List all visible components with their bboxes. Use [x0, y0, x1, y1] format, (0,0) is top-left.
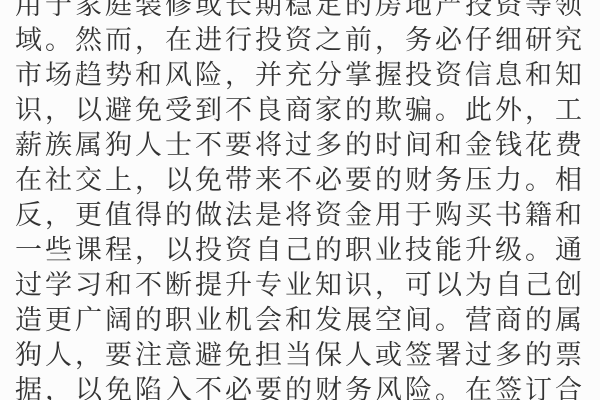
article-page: 用于家庭装修或长期稳定的房地产投资等领 域。然而，在进行投资之前，务必仔细研究 …	[0, 0, 600, 400]
text-line: 造更广阔的职业机会和发展空间。营商的属	[15, 303, 593, 338]
text-line: 反，更值得的做法是将资金用于购买书籍和	[15, 198, 593, 233]
text-line: 在社交上，以免带来不必要的财务压力。相	[15, 163, 593, 198]
text-line: 狗人，要注意避免担当保人或签署过多的票	[15, 338, 593, 373]
text-line: 域。然而，在进行投资之前，务必仔细研究	[15, 23, 593, 58]
text-line: 过学习和不断提升专业知识，可以为自己创	[15, 268, 593, 303]
text-line: 识，以避免受到不良商家的欺骗。此外，工	[15, 93, 593, 128]
text-line: 一些课程，以投资自己的职业技能升级。通	[15, 233, 593, 268]
text-line: 用于家庭装修或长期稳定的房地产投资等领	[15, 0, 593, 23]
text-line: 薪族属狗人士不要将过多的时间和金钱花费	[15, 128, 593, 163]
article-text-block: 用于家庭装修或长期稳定的房地产投资等领 域。然而，在进行投资之前，务必仔细研究 …	[15, 0, 593, 400]
text-line: 据，以免陷入不必要的财务风险。在签订合	[15, 373, 593, 400]
text-line: 市场趋势和风险，并充分掌握投资信息和知	[15, 58, 593, 93]
